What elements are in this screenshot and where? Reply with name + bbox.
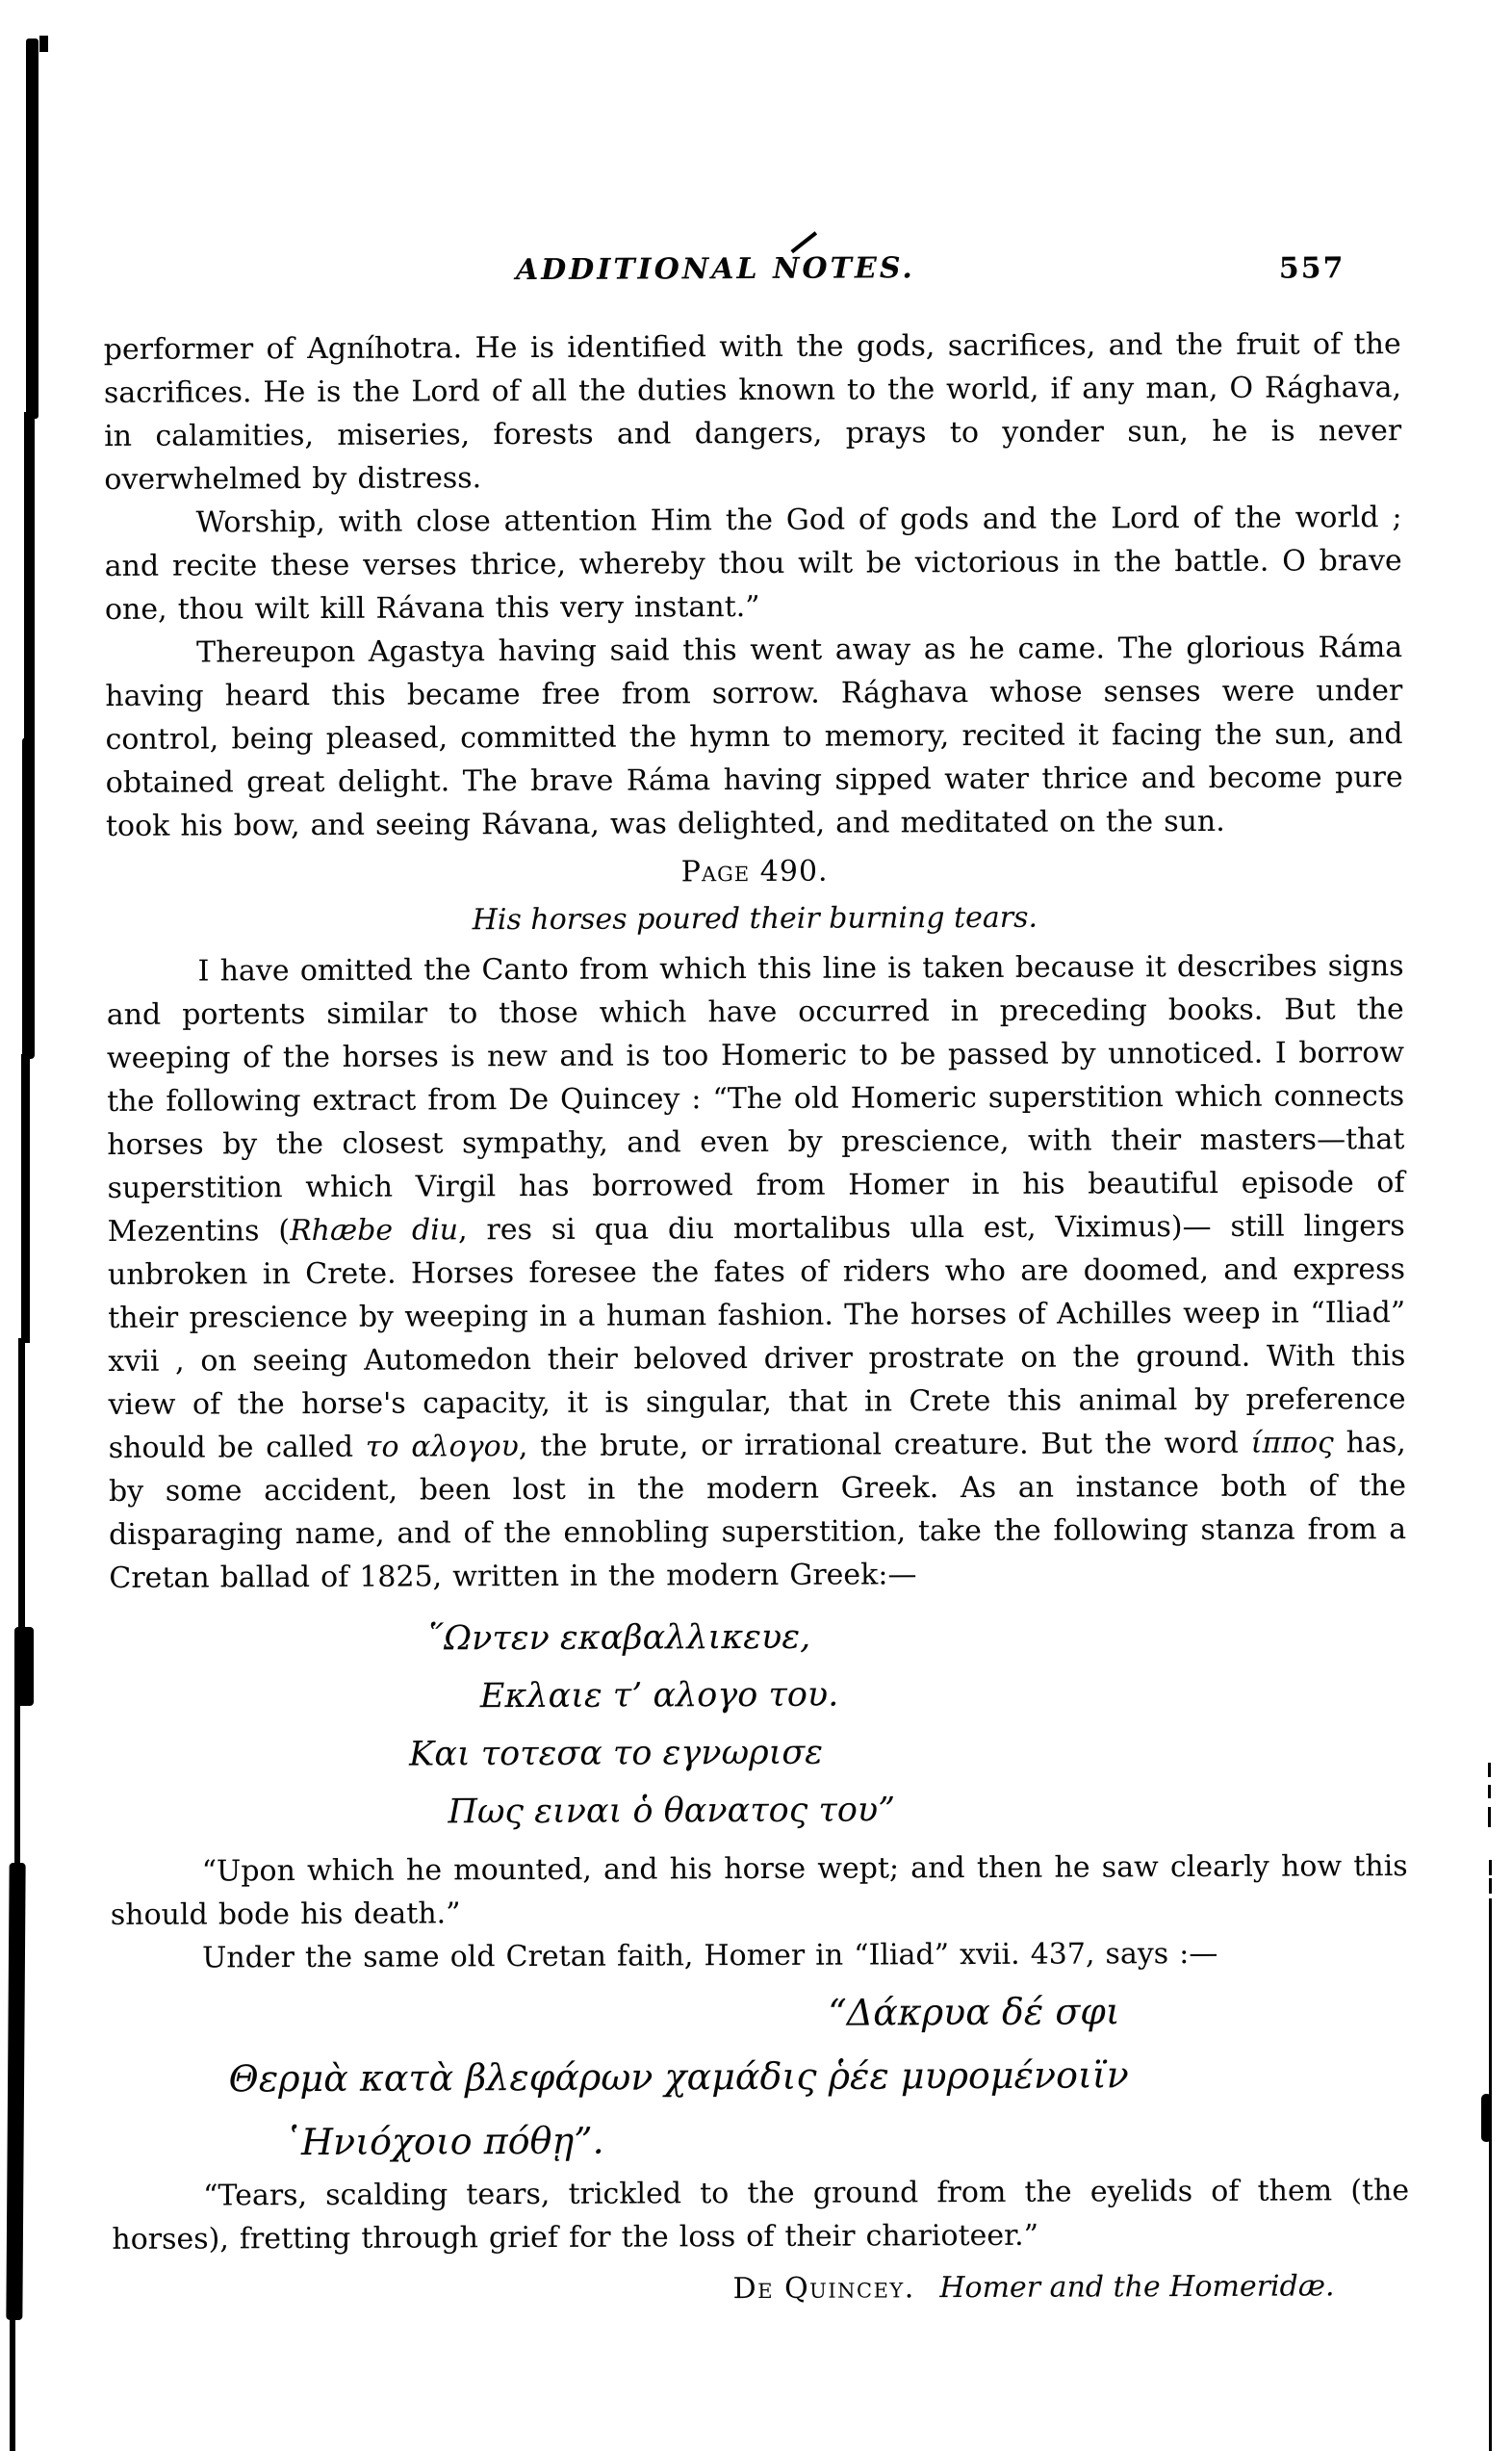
scan-artifact-right-dash	[1488, 1785, 1491, 1798]
section-page-ref: Page 490.	[106, 846, 1403, 898]
scan-artifact-left-blob	[14, 1627, 34, 1706]
greek-stanza-line: Και τοτεσα το εγνωρισε	[409, 1721, 1407, 1784]
scan-artifact-left-bar	[22, 737, 35, 1059]
scan-artifact-right-line	[1489, 1898, 1492, 2451]
attribution-work: Homer and the Homeridæ.	[939, 2269, 1334, 2305]
attribution: De Quincey. Homer and the Homeridæ.	[112, 2263, 1409, 2315]
paragraph-thereupon: Thereupon Agastya having said this went …	[105, 626, 1403, 848]
attribution-author: De Quincey.	[733, 2271, 915, 2306]
paragraph-under-faith: Under the same old Cretan faith, Homer i…	[111, 1931, 1408, 1980]
greek-quote-line: Θερμὰ κατὰ βλεφάρων χαμάδις ῥέε μυρομένο…	[228, 2042, 1408, 2110]
paragraph-upon-which: “Upon which he mounted, and his horse we…	[111, 1845, 1408, 1937]
scan-artifact-right-dash	[1489, 1878, 1492, 1894]
scan-artifact-top-mark	[39, 36, 48, 52]
scan-artifact-left-bar	[24, 412, 35, 741]
greek-quote-line: “Δάκρυα δέ σφι	[828, 1978, 1408, 2045]
scan-artifact-left-bar	[10, 2315, 15, 2451]
book-page: { "header": { "title": "ADDITIONAL NOTES…	[0, 0, 1512, 2451]
text-segment: ίππος	[1251, 1426, 1334, 1459]
text-segment: , the brute, or irrational creature. But…	[519, 1427, 1251, 1463]
page-content: ADDITIONAL NOTES. 557 performer of Agníh…	[103, 249, 1409, 2315]
text-segment: I have omitted the Canto from which this…	[107, 949, 1405, 1249]
paragraph-worship: Worship, with close attention Him the Go…	[104, 496, 1402, 632]
scan-artifact-right-blob	[1481, 2094, 1492, 2142]
greek-quote-line: ῾Ηνιόχοιο πόθῃ”.	[283, 2105, 1409, 2174]
section-subtitle: His horses poured their burning tears.	[106, 892, 1403, 946]
scan-artifact-left-bar	[26, 39, 38, 419]
greek-stanza-line: Εκλαιε τ’ αλογο του.	[480, 1664, 1407, 1725]
scan-artifact-right-dash	[1488, 1763, 1491, 1777]
paragraph-omitted-canto: I have omitted the Canto from which this…	[106, 944, 1406, 1600]
greek-quote: “Δάκρυα δέ σφι Θερμὰ κατὰ βλεφάρων χαμάδ…	[111, 1978, 1409, 2175]
greek-stanza-line: ῞Ωντεν εκαβαλλικευε,	[426, 1606, 1406, 1667]
running-header: ADDITIONAL NOTES. 557	[103, 249, 1400, 305]
greek-stanza-line: Πως ειναι ὁ θανατος του”	[448, 1779, 1407, 1841]
text-segment: Rhæbe diu	[290, 1213, 458, 1248]
paragraph-performer: performer of Agníhotra. He is identified…	[104, 322, 1402, 502]
stray-ink-mark	[790, 231, 817, 253]
scan-artifact-right-dash	[1488, 1807, 1491, 1827]
scan-artifact-right-dash	[1489, 1860, 1492, 1875]
scan-artifact-left-bar	[14, 1702, 20, 1866]
scan-artifact-left-bar	[18, 1338, 25, 1629]
page-header-title: ADDITIONAL NOTES.	[66, 249, 1364, 289]
scan-artifact-left-bar	[21, 1054, 30, 1343]
scan-artifact-left-blob	[6, 1863, 25, 2320]
paragraph-tears: “Tears, scalding tears, trickled to the …	[112, 2169, 1409, 2261]
greek-stanza: ῞Ωντεν εκαβαλλικευε, Εκλαιε τ’ αλογο του…	[408, 1606, 1407, 1842]
page-number: 557	[1279, 251, 1345, 285]
text-segment: το αλογου	[366, 1430, 519, 1464]
